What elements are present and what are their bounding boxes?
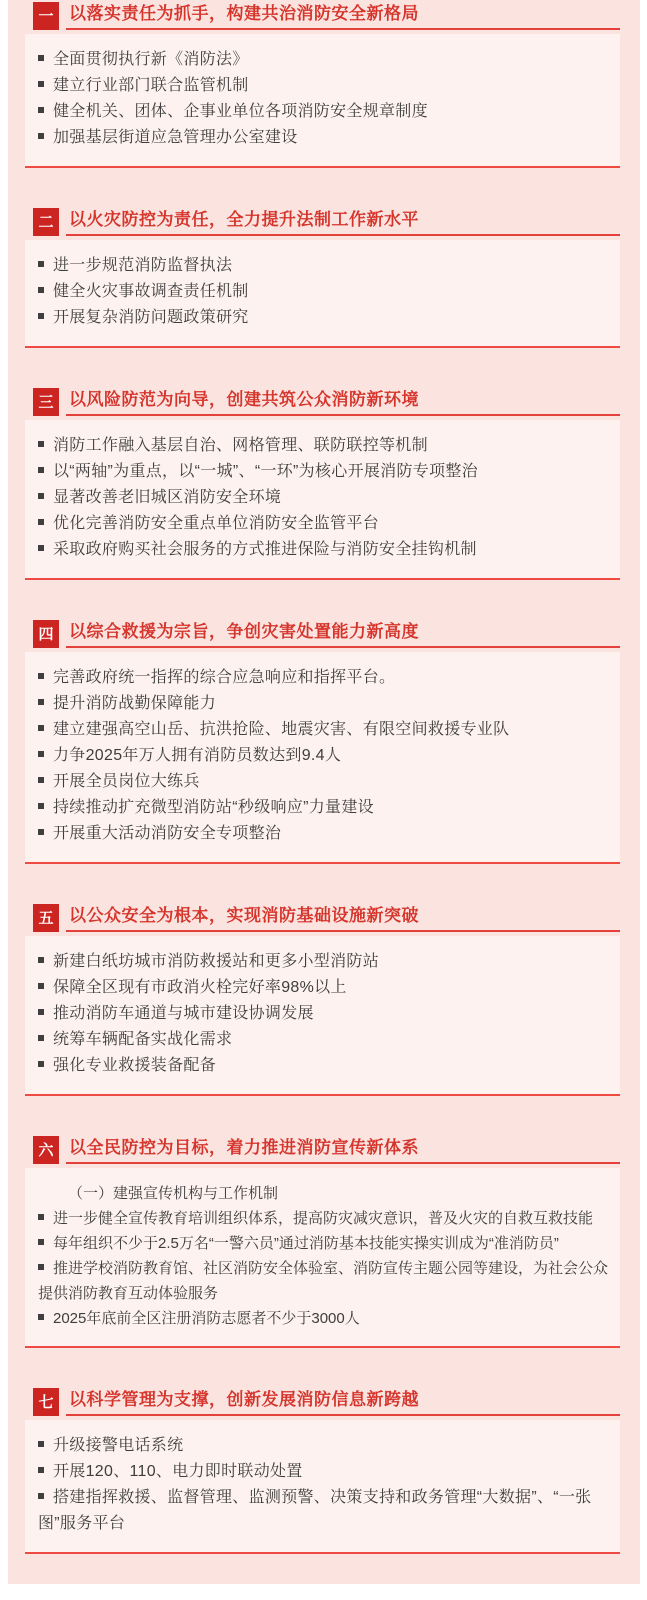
section-title-underline: 以公众安全为根本，实现消防基础设施新突破 — [66, 904, 620, 932]
plan-section-4: 四 以综合救援为宗旨，争创灾害处置能力新高度 完善政府统一指挥的综合应急响应和指… — [25, 620, 620, 864]
list-item: 推动消防车通道与城市建设协调发展 — [38, 1001, 612, 1027]
list-item: 每年组织不少于2.5万名“一警六员”通过消防基本技能实操实训成为“准消防员” — [38, 1231, 612, 1256]
section-number-badge: 五 — [33, 904, 59, 932]
section-content-box: 进一步规范消防监督执法健全火灾事故调查责任机制开展复杂消防问题政策研究 — [25, 240, 620, 348]
section-title-underline: 以火灾防控为责任，全力提升法制工作新水平 — [66, 208, 620, 236]
section-header: 七 以科学管理为支撑，创新发展消防信息新跨越 — [25, 1388, 620, 1416]
section-number-badge: 一 — [33, 2, 59, 30]
section-number-badge: 三 — [33, 388, 59, 416]
section-number-badge: 六 — [33, 1136, 59, 1164]
list-item: 2025年底前全区注册消防志愿者不少于3000人 — [38, 1306, 612, 1331]
list-item: 开展全员岗位大练兵 — [38, 769, 612, 795]
section-content-box: 消防工作融入基层自治、网格管理、联防联控等机制以“两轴”为重点，以“一城”、“一… — [25, 420, 620, 580]
section-header: 五 以公众安全为根本，实现消防基础设施新突破 — [25, 904, 620, 932]
section-title: 以风险防范为向导，创建共筑公众消防新环境 — [66, 388, 419, 412]
list-item: 持续推动扩充微型消防站“秒级响应”力量建设 — [38, 795, 612, 821]
list-item: 升级接警电话系统 — [38, 1433, 612, 1459]
list-item: 力争2025年万人拥有消防员数达到9.4人 — [38, 743, 612, 769]
section-content-box: （一）建强宣传机构与工作机制 进一步健全宣传教育培训组织体系，提高防灾减灾意识，… — [25, 1168, 620, 1348]
list-item: 开展复杂消防问题政策研究 — [38, 305, 612, 331]
bullet-list: 新建白纸坊城市消防救援站和更多小型消防站保障全区现有市政消火栓完好率98%以上推… — [38, 949, 612, 1079]
list-item: 开展重大活动消防安全专项整治 — [38, 821, 612, 847]
list-item: 保障全区现有市政消火栓完好率98%以上 — [38, 975, 612, 1001]
list-item: 开展120、110、电力即时联动处置 — [38, 1459, 612, 1485]
section-header: 二 以火灾防控为责任，全力提升法制工作新水平 — [25, 208, 620, 236]
section-title-underline: 以落实责任为抓手，构建共治消防安全新格局 — [66, 2, 620, 30]
section-header: 六 以全民防控为目标，着力推进消防宣传新体系 — [25, 1136, 620, 1164]
list-item: 建立建强高空山岳、抗洪抢险、地震灾害、有限空间救援专业队 — [38, 717, 612, 743]
plan-section-1: 一 以落实责任为抓手，构建共治消防安全新格局 全面贯彻执行新《消防法》建立行业部… — [25, 2, 620, 168]
section-header: 一 以落实责任为抓手，构建共治消防安全新格局 — [25, 2, 620, 30]
section-title: 以火灾防控为责任，全力提升法制工作新水平 — [66, 208, 419, 232]
list-item: 进一步规范消防监督执法 — [38, 253, 612, 279]
plan-section-6: 六 以全民防控为目标，着力推进消防宣传新体系 （一）建强宣传机构与工作机制 进一… — [25, 1136, 620, 1348]
list-item: 提升消防战勤保障能力 — [38, 691, 612, 717]
section-number-badge: 二 — [33, 208, 59, 236]
bullet-list: 进一步规范消防监督执法健全火灾事故调查责任机制开展复杂消防问题政策研究 — [38, 253, 612, 331]
bullet-list: 全面贯彻执行新《消防法》建立行业部门联合监管机制健全机关、团体、企事业单位各项消… — [38, 47, 612, 151]
list-item: 采取政府购买社会服务的方式推进保险与消防安全挂钩机制 — [38, 537, 612, 563]
section-content-box: 新建白纸坊城市消防救援站和更多小型消防站保障全区现有市政消火栓完好率98%以上推… — [25, 936, 620, 1096]
section-title: 以公众安全为根本，实现消防基础设施新突破 — [66, 904, 419, 928]
plan-section-3: 三 以风险防范为向导，创建共筑公众消防新环境 消防工作融入基层自治、网格管理、联… — [25, 388, 620, 580]
section-title: 以科学管理为支撑，创新发展消防信息新跨越 — [66, 1388, 419, 1412]
list-item: 以“两轴”为重点，以“一城”、“一环”为核心开展消防专项整治 — [38, 459, 612, 485]
plan-section-5: 五 以公众安全为根本，实现消防基础设施新突破 新建白纸坊城市消防救援站和更多小型… — [25, 904, 620, 1096]
plan-section-7: 七 以科学管理为支撑，创新发展消防信息新跨越 升级接警电话系统开展120、110… — [25, 1388, 620, 1554]
fire-safety-plan-container: 一 以落实责任为抓手，构建共治消防安全新格局 全面贯彻执行新《消防法》建立行业部… — [8, 0, 640, 1584]
bullet-list: 升级接警电话系统开展120、110、电力即时联动处置搭建指挥救援、监督管理、监测… — [38, 1433, 612, 1537]
section-content-box: 升级接警电话系统开展120、110、电力即时联动处置搭建指挥救援、监督管理、监测… — [25, 1420, 620, 1554]
section-header: 四 以综合救援为宗旨，争创灾害处置能力新高度 — [25, 620, 620, 648]
list-item: 新建白纸坊城市消防救援站和更多小型消防站 — [38, 949, 612, 975]
section-title-underline: 以综合救援为宗旨，争创灾害处置能力新高度 — [66, 620, 620, 648]
list-item: 消防工作融入基层自治、网格管理、联防联控等机制 — [38, 433, 612, 459]
section-title: 以全民防控为目标，着力推进消防宣传新体系 — [66, 1136, 419, 1160]
bullet-list: 进一步健全宣传教育培训组织体系，提高防灾减灾意识，普及火灾的自救互救技能每年组织… — [38, 1206, 612, 1331]
bullet-list: 消防工作融入基层自治、网格管理、联防联控等机制以“两轴”为重点，以“一城”、“一… — [38, 433, 612, 563]
list-item: 显著改善老旧城区消防安全环境 — [38, 485, 612, 511]
list-item: 强化专业救援装备配备 — [38, 1053, 612, 1079]
list-item: 健全火灾事故调查责任机制 — [38, 279, 612, 305]
section-title-underline: 以全民防控为目标，着力推进消防宣传新体系 — [66, 1136, 620, 1164]
list-item: 推进学校消防教育馆、社区消防安全体验室、消防宣传主题公园等建设，为社会公众提供消… — [38, 1256, 612, 1306]
list-item: 全面贯彻执行新《消防法》 — [38, 47, 612, 73]
section-header: 三 以风险防范为向导，创建共筑公众消防新环境 — [25, 388, 620, 416]
list-item: 统筹车辆配备实战化需求 — [38, 1027, 612, 1053]
section-title: 以落实责任为抓手，构建共治消防安全新格局 — [66, 2, 419, 26]
list-item: 完善政府统一指挥的综合应急响应和指挥平台。 — [38, 665, 612, 691]
bullet-list: 完善政府统一指挥的综合应急响应和指挥平台。提升消防战勤保障能力建立建强高空山岳、… — [38, 665, 612, 847]
section-title-underline: 以风险防范为向导，创建共筑公众消防新环境 — [66, 388, 620, 416]
plan-section-2: 二 以火灾防控为责任，全力提升法制工作新水平 进一步规范消防监督执法健全火灾事故… — [25, 208, 620, 348]
list-item: 搭建指挥救援、监督管理、监测预警、决策支持和政务管理“大数据”、“一张图”服务平… — [38, 1485, 612, 1537]
section-title: 以综合救援为宗旨，争创灾害处置能力新高度 — [66, 620, 419, 644]
list-item: 进一步健全宣传教育培训组织体系，提高防灾减灾意识，普及火灾的自救互救技能 — [38, 1206, 612, 1231]
list-item: 建立行业部门联合监管机制 — [38, 73, 612, 99]
list-item: 优化完善消防安全重点单位消防安全监管平台 — [38, 511, 612, 537]
list-item: 加强基层街道应急管理办公室建设 — [38, 125, 612, 151]
section-subheading: （一）建强宣传机构与工作机制 — [38, 1181, 612, 1206]
list-item: 健全机关、团体、企事业单位各项消防安全规章制度 — [38, 99, 612, 125]
section-number-badge: 七 — [33, 1388, 59, 1416]
section-content-box: 全面贯彻执行新《消防法》建立行业部门联合监管机制健全机关、团体、企事业单位各项消… — [25, 34, 620, 168]
section-title-underline: 以科学管理为支撑，创新发展消防信息新跨越 — [66, 1388, 620, 1416]
section-number-badge: 四 — [33, 620, 59, 648]
section-content-box: 完善政府统一指挥的综合应急响应和指挥平台。提升消防战勤保障能力建立建强高空山岳、… — [25, 652, 620, 864]
